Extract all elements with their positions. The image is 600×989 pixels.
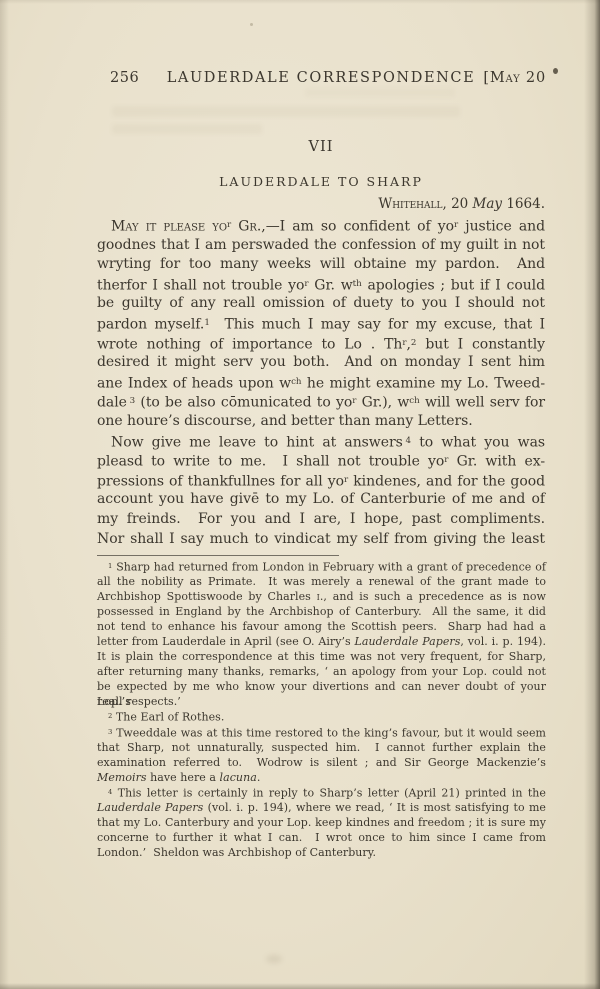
text-segment: ane Index of heads upon w bbox=[97, 375, 291, 391]
text-segment: goodnes that I am perswaded the confessi… bbox=[97, 237, 545, 253]
letter-line: goodnes that I am perswaded the confessi… bbox=[97, 236, 545, 256]
text-segment: Memoirs bbox=[97, 771, 147, 784]
text-segment: May bbox=[473, 196, 503, 212]
text-segment: to what you was bbox=[411, 434, 545, 450]
text-segment: Gr. w bbox=[309, 277, 353, 293]
footnote-line: reall respects.’ bbox=[97, 694, 546, 709]
letter-dateline: Whitehall, 20 May 1664. bbox=[97, 196, 545, 212]
marginal-date: [May 20 bbox=[97, 70, 546, 86]
footnote-line: concerne to further it what I can. I wro… bbox=[97, 830, 546, 845]
text-segment: concerne to further it what I can. I wro… bbox=[97, 831, 546, 844]
text-segment: have here a bbox=[147, 771, 220, 784]
footnote-line: Archbishop Spottiswoode by Charles i., a… bbox=[97, 589, 546, 604]
letter-line: my freinds. For you and I are, I hope, p… bbox=[97, 510, 545, 530]
text-segment: This much I may say for my excuse, that … bbox=[210, 316, 545, 332]
text-segment: desired it might serv you both. And on m… bbox=[97, 354, 545, 370]
letter-line: pressions of thankfullnes for all yor ki… bbox=[97, 471, 545, 491]
text-segment: that my Lo. Canterbury and your Lop. kee… bbox=[97, 816, 546, 829]
page-speck bbox=[250, 23, 253, 26]
text-segment: Gr.), w bbox=[356, 395, 409, 411]
text-segment: . bbox=[257, 771, 261, 784]
text-segment: 20 bbox=[447, 196, 473, 212]
footnote-line: after returning many thanks, remarks, ‘ … bbox=[97, 664, 546, 679]
text-segment: ch bbox=[291, 377, 301, 387]
text-segment: account you have givē to my Lo. of Cante… bbox=[97, 491, 545, 507]
letter-line: wryting for too many weeks will obtaine … bbox=[97, 255, 545, 275]
footnote-line: 1 Sharp had returned from London in Febr… bbox=[97, 559, 546, 574]
text-segment: th bbox=[353, 279, 362, 289]
footnote-line: It is plain the correspondence at this t… bbox=[97, 649, 546, 664]
text-segment: reall respects.’ bbox=[97, 695, 181, 708]
text-segment: , and is such a precedence as is now bbox=[323, 590, 546, 603]
text-segment: (vol. i. p. 194), where we read, ‘ It is… bbox=[203, 801, 546, 814]
text-segment: justice and bbox=[458, 218, 545, 234]
text-segment: dale bbox=[97, 395, 130, 411]
text-segment: examination referred to. Wodrow is silen… bbox=[97, 756, 546, 769]
show-through-ghost bbox=[112, 124, 262, 134]
footnote-line: examination referred to. Wodrow is silen… bbox=[97, 755, 546, 770]
text-segment: pleasd to write to me. I shall not troub… bbox=[97, 453, 444, 469]
footnote-line: 2 The Earl of Rothes. bbox=[97, 709, 546, 724]
footnote-divider bbox=[97, 555, 339, 556]
footnotes-block: 1 Sharp had returned from London in Febr… bbox=[97, 559, 546, 860]
text-segment: Whitehall, bbox=[378, 196, 446, 212]
text-segment: London.’ Sheldon was Archbishop of Cante… bbox=[97, 846, 376, 859]
text-segment: not tend to enhance his favour among the… bbox=[97, 620, 546, 633]
text-segment: Gr.,— bbox=[231, 218, 280, 234]
page-edge-shadow-top bbox=[0, 0, 600, 4]
text-segment: my freinds. For you and I are, I hope, p… bbox=[97, 511, 545, 527]
letter-line: therfor I shall not trouble yor Gr. wth … bbox=[97, 275, 545, 295]
letter-line: desired it might serv you both. And on m… bbox=[97, 353, 545, 373]
letter-line: account you have givē to my Lo. of Cante… bbox=[97, 490, 545, 510]
text-segment: all the nobility as Primate. It was mere… bbox=[97, 575, 546, 588]
text-segment: that Sharp, not unnaturally, suspected h… bbox=[97, 741, 546, 754]
footnote-line: be expected by me who know your divertio… bbox=[97, 679, 546, 694]
footnote-line: that my Lo. Canterbury and your Lop. kee… bbox=[97, 815, 546, 830]
text-segment: The Earl of Rothes. bbox=[112, 711, 224, 724]
text-segment: kindenes, and for the good bbox=[348, 473, 545, 489]
text-segment: May it please yo bbox=[111, 218, 227, 234]
text-segment: wryting for too many weeks will obtaine … bbox=[97, 256, 545, 272]
book-page: 256 LAUDERDALE CORRESPONDENCE [May 20 VI… bbox=[0, 0, 600, 989]
text-segment: Nor shall I say much to vindicat my self… bbox=[97, 531, 545, 547]
text-segment: , vol. i. p. 194). bbox=[460, 635, 546, 648]
text-segment: wrote nothing of importance to Lo . Th bbox=[97, 336, 402, 352]
letter-line: Nor shall I say much to vindicat my self… bbox=[97, 530, 545, 550]
text-segment: Archbishop Spottiswoode by Charles bbox=[97, 590, 317, 603]
text-segment: ch bbox=[409, 396, 419, 406]
text-segment: 1664. bbox=[502, 196, 545, 212]
text-segment: apologies ; but if I could bbox=[362, 277, 545, 293]
text-segment: he might examine my Lo. Tweed- bbox=[302, 375, 545, 391]
footnote-line: Lauderdale Papers (vol. i. p. 194), wher… bbox=[97, 800, 546, 815]
text-segment: This letter is certainly in reply to Sha… bbox=[112, 786, 546, 799]
text-segment: It is plain the correspondence at this t… bbox=[97, 650, 546, 663]
letter-body: May it please yor Gr.,—I am so confident… bbox=[97, 216, 545, 549]
footnote-line: letter from Lauderdale in April (see O. … bbox=[97, 634, 546, 649]
text-segment: Gr. with ex- bbox=[448, 453, 545, 469]
text-segment: but I constantly bbox=[416, 336, 545, 352]
text-segment: Tweeddale was at this time restored to t… bbox=[112, 726, 546, 739]
text-segment: pressions of thankfullnes for all yo bbox=[97, 473, 344, 489]
letter-line: pleasd to write to me. I shall not troub… bbox=[97, 451, 545, 471]
page-edge-shadow-left bbox=[0, 0, 9, 989]
footnote-line: Memoirs have here a lacuna. bbox=[97, 770, 546, 785]
show-through-ghost bbox=[305, 88, 455, 97]
text-segment: one houre’s discourse, and better than m… bbox=[97, 413, 473, 429]
text-segment: be guilty of any reall omission of duety… bbox=[97, 295, 545, 311]
text-segment: lacuna bbox=[220, 771, 257, 784]
text-segment: pardon myself. bbox=[97, 316, 204, 332]
page-smudge bbox=[266, 955, 282, 963]
text-segment: letter from Lauderdale in April (see O. … bbox=[97, 635, 355, 648]
footnote-line: possessed in England by the Archbishop o… bbox=[97, 604, 546, 619]
page-speck bbox=[553, 68, 558, 74]
text-segment: Now give me leave to hint at answers bbox=[111, 434, 406, 450]
footnote-line: not tend to enhance his favour among the… bbox=[97, 619, 546, 634]
text-segment: will well serv for bbox=[420, 395, 545, 411]
page-edge-shadow-right bbox=[584, 0, 600, 989]
letter-line: one houre’s discourse, and better than m… bbox=[97, 412, 545, 432]
letter-line: dale 3 (to be also cōmunicated to yor Gr… bbox=[97, 392, 545, 412]
footnote-line: London.’ Sheldon was Archbishop of Cante… bbox=[97, 845, 546, 860]
footnote-line: 3 Tweeddale was at this time restored to… bbox=[97, 725, 546, 740]
letter-line: wrote nothing of importance to Lo . Thr,… bbox=[97, 334, 545, 354]
footnote-line: 4 This letter is certainly in reply to S… bbox=[97, 785, 546, 800]
text-segment: Lauderdale Papers bbox=[97, 801, 203, 814]
show-through-ghost bbox=[112, 106, 460, 117]
letter-line: pardon myself.1 This much I may say for … bbox=[97, 314, 545, 334]
footnote-line: that Sharp, not unnaturally, suspected h… bbox=[97, 740, 546, 755]
letter-line: May it please yor Gr.,—I am so confident… bbox=[97, 216, 545, 236]
page-edge-shadow-bottom bbox=[0, 983, 600, 989]
letter-line: ane Index of heads upon wch he might exa… bbox=[97, 373, 545, 393]
text-segment: therfor I shall not trouble yo bbox=[97, 277, 304, 293]
section-number: VII bbox=[97, 139, 545, 155]
text-segment: Lauderdale Papers bbox=[355, 635, 461, 648]
text-segment: possessed in England by the Archbishop o… bbox=[97, 605, 546, 618]
text-segment: after returning many thanks, remarks, ‘ … bbox=[97, 665, 546, 678]
text-segment: Sharp had returned from London in Februa… bbox=[112, 561, 546, 574]
text-segment: (to be also cōmunicated to yo bbox=[135, 395, 352, 411]
letter-line: be guilty of any reall omission of duety… bbox=[97, 294, 545, 314]
text-segment: I am so confident of yo bbox=[280, 218, 454, 234]
footnote-line: all the nobility as Primate. It was mere… bbox=[97, 574, 546, 589]
section-heading: LAUDERDALE TO SHARP bbox=[97, 174, 545, 189]
letter-line: Now give me leave to hint at answers 4 t… bbox=[97, 432, 545, 452]
